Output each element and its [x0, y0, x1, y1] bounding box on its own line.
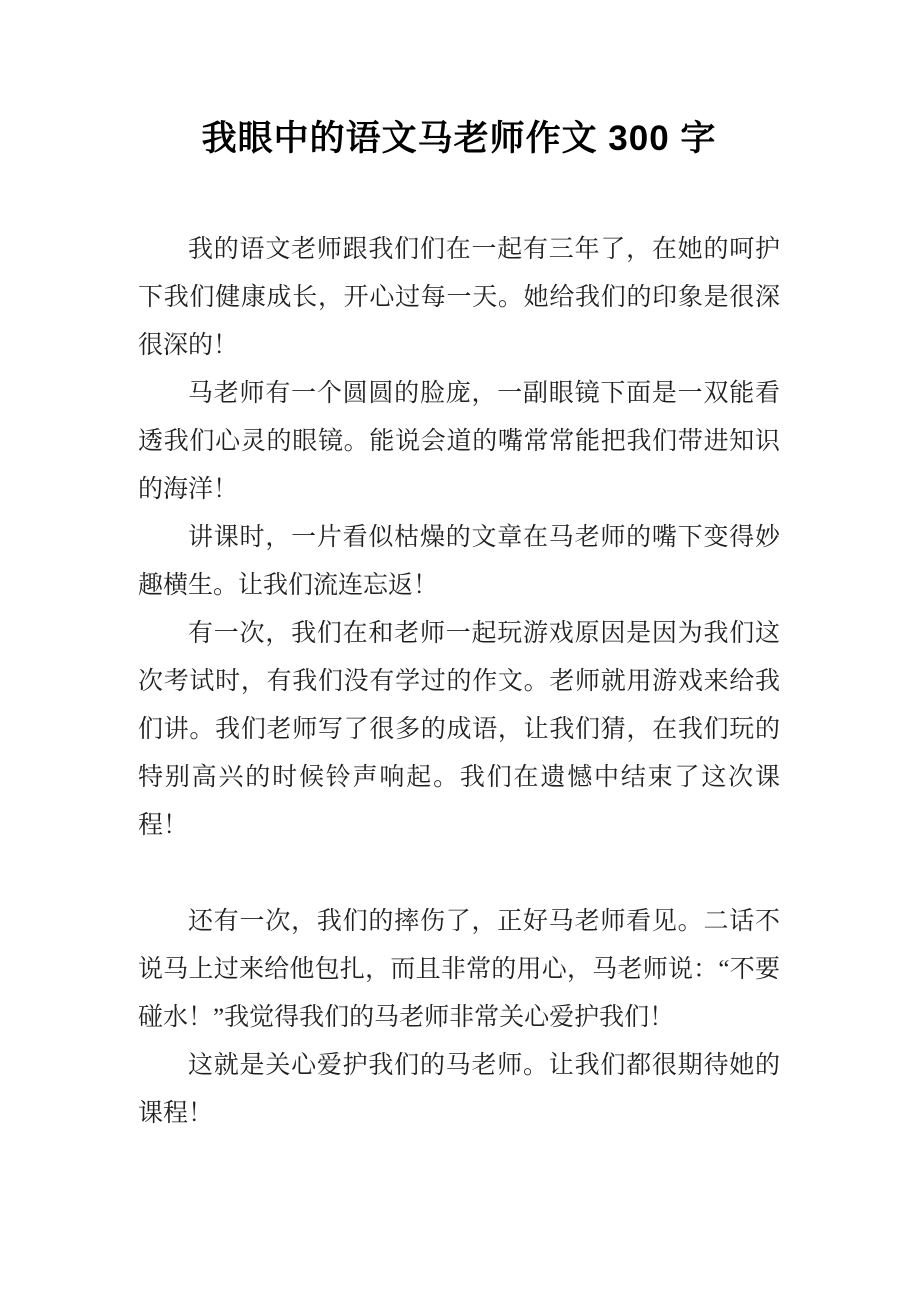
paragraph-6: 这就是关心爱护我们的马老师。让我们都很期待她的课程！: [138, 1042, 780, 1138]
paragraph-1: 我的语文老师跟我们们在一起有三年了，在她的呵护下我们健康成长，开心过每一天。她给…: [138, 226, 780, 370]
paragraph-2: 马老师有一个圆圆的脸庞，一副眼镜下面是一双能看透我们心灵的眼镜。能说会道的嘴常常…: [138, 370, 780, 514]
document-body: 我的语文老师跟我们们在一起有三年了，在她的呵护下我们健康成长，开心过每一天。她给…: [138, 226, 780, 1138]
paragraph-3: 讲课时，一片看似枯燥的文章在马老师的嘴下变得妙趣横生。让我们流连忘返！: [138, 514, 780, 610]
document-page: 我眼中的语文马老师作文 300 字 我的语文老师跟我们们在一起有三年了，在她的呵…: [0, 0, 920, 1302]
paragraph-4: 有一次，我们在和老师一起玩游戏原因是因为我们这次考试时，有我们没有学过的作文。老…: [138, 610, 780, 850]
paragraph-5: 还有一次，我们的摔伤了，正好马老师看见。二话不说马上过来给他包扎，而且非常的用心…: [138, 898, 780, 1042]
document-title: 我眼中的语文马老师作文 300 字: [138, 115, 780, 162]
